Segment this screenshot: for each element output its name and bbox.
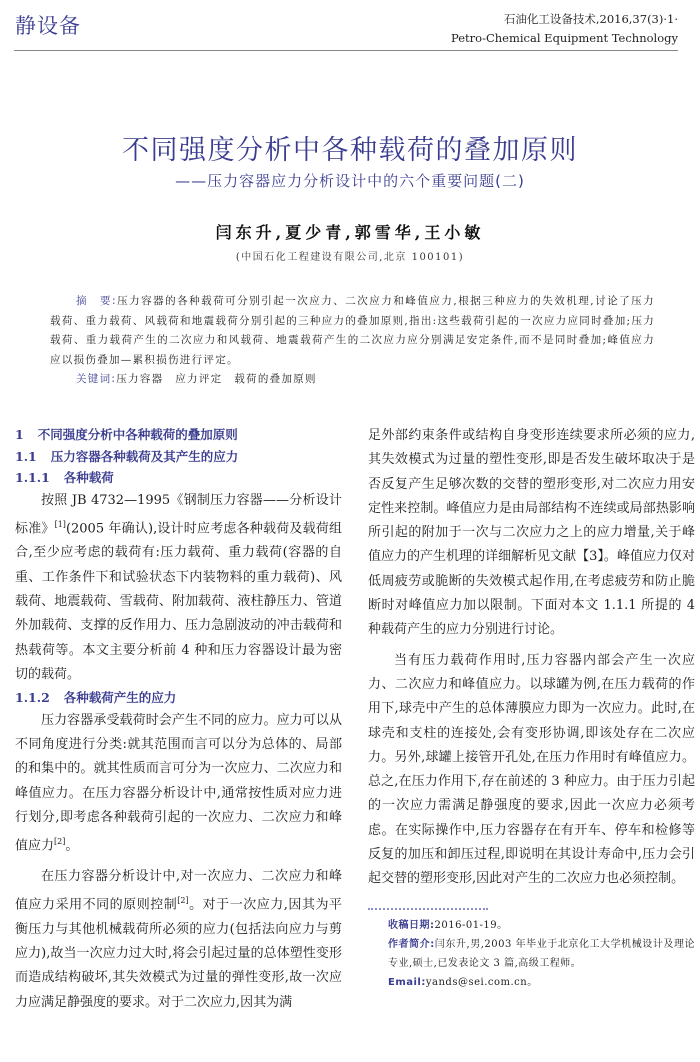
keywords-text: 压力容器 应力评定 载荷的叠加原则 <box>116 373 317 385</box>
footnote-block: 收稿日期:2016-01-19。 作者简介:闫东升,男,2003 年毕业于北京化… <box>368 916 695 992</box>
heading-number: 1.1.2 <box>15 690 50 705</box>
author-bio: 作者简介:闫东升,男,2003 年毕业于北京化工大学机械设计及理论专业,硕士,已… <box>388 935 695 973</box>
received-label: 收稿日期: <box>388 920 435 931</box>
journal-english-name: Petro-Chemical Equipment Technology <box>451 29 678 48</box>
footnote-divider <box>368 900 488 910</box>
heading-number: 1.1 <box>15 449 37 464</box>
section-tag: 静设备 <box>15 10 81 40</box>
heading-text: 各种载荷产生的应力 <box>64 690 177 705</box>
heading-text: 不同强度分析中各种载荷的叠加原则 <box>38 427 238 442</box>
heading-1-1-2: 1.1.2各种载荷产生的应力 <box>15 687 342 709</box>
email-link[interactable]: yands@sei.com.cn。 <box>426 977 538 988</box>
paragraph-pressure-load: 当有压力载荷作用时,压力容器内部会产生一次应力、二次应力和峰值应力。以球罐为例,… <box>368 649 695 892</box>
keywords-label: 关键词: <box>76 373 116 385</box>
paragraph-text: (2005 年确认),设计时应考虑各种载荷及载荷组合,至少应考虑的载荷有:压力载… <box>15 521 342 682</box>
heading-1-1-1: 1.1.1各种载荷 <box>15 467 342 489</box>
abstract-label: 摘 要: <box>76 295 117 307</box>
citation-ref[interactable]: [2] <box>177 896 188 905</box>
received-value: 2016-01-19。 <box>435 920 508 931</box>
paragraph-control-principles: 在压力容器分析设计中,对一次应力、二次应力和峰值应力采用不同的原则控制[2]。对… <box>15 865 342 1015</box>
abstract-text: 压力容器的各种载荷可分别引起一次应力、二次应力和峰值应力,根据三种应力的失效机理… <box>50 295 655 366</box>
paragraph-text: 压力容器承受载荷时会产生不同的应力。应力可以从不同角度进行分类:就其范围而言可以… <box>15 713 342 854</box>
paragraph-loads: 按照 JB 4732—1995《钢制压力容器——分析设计标准》[1](2005 … <box>15 489 342 688</box>
keywords-line: 关键词:压力容器 应力评定 载荷的叠加原则 <box>50 370 655 390</box>
heading-text: 压力容器各种载荷及其产生的应力 <box>51 449 239 464</box>
heading-number: 1 <box>15 427 24 442</box>
header-divider <box>14 50 678 51</box>
email-label: Email: <box>388 977 426 988</box>
heading-text: 各种载荷 <box>64 470 114 485</box>
journal-info: 石油化工设备技术,2016,37(3)·1· Petro-Chemical Eq… <box>451 10 678 48</box>
heading-number: 1.1.1 <box>15 470 50 485</box>
citation-ref[interactable]: [1] <box>55 520 66 529</box>
abstract-block: 摘 要:压力容器的各种载荷可分别引起一次应力、二次应力和峰值应力,根据三种应力的… <box>50 292 655 390</box>
author-list: 闫东升,夏少青,郭雪华,王小敏 <box>0 220 700 243</box>
citation-ref[interactable]: [2] <box>54 837 65 846</box>
abstract-paragraph: 摘 要:压力容器的各种载荷可分别引起一次应力、二次应力和峰值应力,根据三种应力的… <box>50 292 655 370</box>
bio-label: 作者简介: <box>388 939 435 950</box>
paragraph-text: 。 <box>65 839 78 854</box>
article-subtitle: ——压力容器应力分析设计中的六个重要问题(二) <box>0 170 700 191</box>
affiliation: (中国石化工程建设有限公司,北京 100101) <box>0 248 700 263</box>
author-email: Email:yands@sei.com.cn。 <box>388 973 695 992</box>
article-title: 不同强度分析中各种载荷的叠加原则 <box>0 128 700 167</box>
paragraph-text: 。对于一次应力,因其为平衡压力与其他机械载荷所必须的应力(包括法向应力与剪应力)… <box>15 897 342 1009</box>
received-date: 收稿日期:2016-01-19。 <box>388 916 695 935</box>
right-column: 足外部约束条件或结构自身变形连续要求所必须的应力,其失效模式为过量的塑性变形,即… <box>368 424 695 992</box>
heading-1-1: 1.1压力容器各种载荷及其产生的应力 <box>15 446 342 468</box>
paragraph-secondary-peak: 足外部约束条件或结构自身变形连续要求所必须的应力,其失效模式为过量的塑性变形,即… <box>368 424 695 643</box>
left-column: 1不同强度分析中各种载荷的叠加原则 1.1压力容器各种载荷及其产生的应力 1.1… <box>15 424 342 1015</box>
bio-text: 闫东升,男,2003 年毕业于北京化工大学机械设计及理论专业,硕士,已发表论文 … <box>388 939 695 969</box>
heading-1: 1不同强度分析中各种载荷的叠加原则 <box>15 424 342 446</box>
paragraph-stresses: 压力容器承受载荷时会产生不同的应力。应力可以从不同角度进行分类:就其范围而言可以… <box>15 709 342 859</box>
journal-citation: 石油化工设备技术,2016,37(3)·1· <box>451 10 678 29</box>
